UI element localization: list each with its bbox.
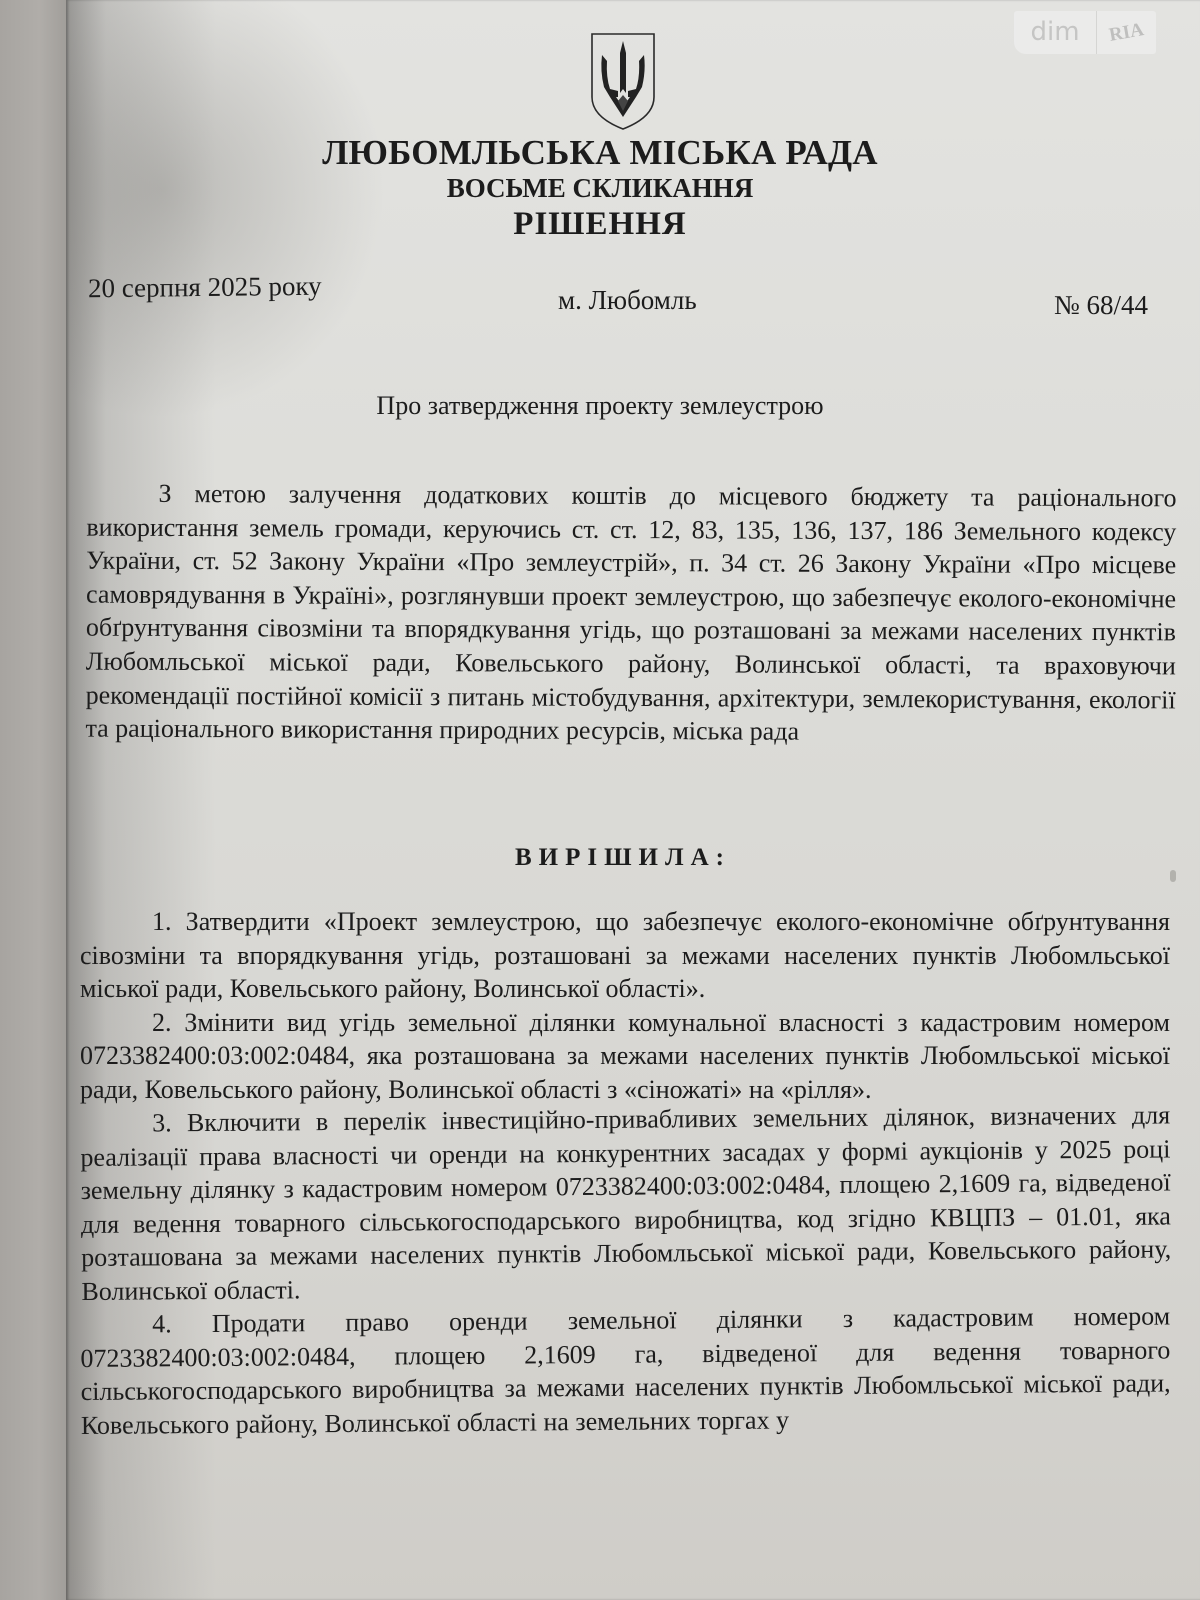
watermark-dim-text: dim	[1014, 11, 1097, 54]
decision-subject: Про затвердження проекту землеустрою	[0, 391, 1200, 421]
document-type: РІШЕННЯ	[0, 206, 1200, 243]
item-text: Включити в перелік інвестиційно-привабли…	[80, 1100, 1171, 1306]
resolution-item-3: 3. Включити в перелік інвестиційно-прива…	[80, 1098, 1172, 1308]
dim-ria-watermark: dim RIA	[1014, 11, 1156, 54]
council-name: ЛЮБОМЛЬСЬКА МІСЬКА РАДА	[0, 133, 1200, 173]
decision-city: м. Любомль	[558, 285, 697, 316]
preamble-paragraph: З метою залучення додаткових коштів до м…	[85, 477, 1176, 751]
trident-coat-of-arms-icon	[588, 31, 658, 131]
item-number: 2.	[152, 1008, 172, 1037]
watermark-ria-text: RIA	[1096, 17, 1158, 49]
convocation: ВОСЬМЕ СКЛИКАННЯ	[0, 173, 1200, 204]
resolved-heading: ВИРІШИЛА:	[0, 844, 1200, 872]
paper-blemish	[1170, 870, 1176, 882]
decision-number: № 68/44	[1054, 290, 1148, 321]
item-text: Продати право оренди земельної ділянки з…	[80, 1302, 1170, 1440]
resolution-item-4: 4. Продати право оренди земельної ділянк…	[80, 1300, 1171, 1443]
item-number: 4.	[152, 1309, 172, 1338]
item-number: 1.	[152, 907, 172, 936]
resolution-item-2: 2. Змінити вид угідь земельної ділянки к…	[80, 1006, 1170, 1107]
resolution-items: 1. Затвердити «Проект землеустрою, що за…	[80, 905, 1170, 1443]
item-number: 3.	[152, 1108, 172, 1137]
decision-date: 20 серпня 2025 року	[88, 271, 322, 304]
item-text: Змінити вид угідь земельної ділянки кому…	[80, 1008, 1170, 1104]
resolution-item-1: 1. Затвердити «Проект землеустрою, що за…	[80, 905, 1170, 1006]
item-text: Затвердити «Проект землеустрою, що забез…	[80, 907, 1170, 1003]
